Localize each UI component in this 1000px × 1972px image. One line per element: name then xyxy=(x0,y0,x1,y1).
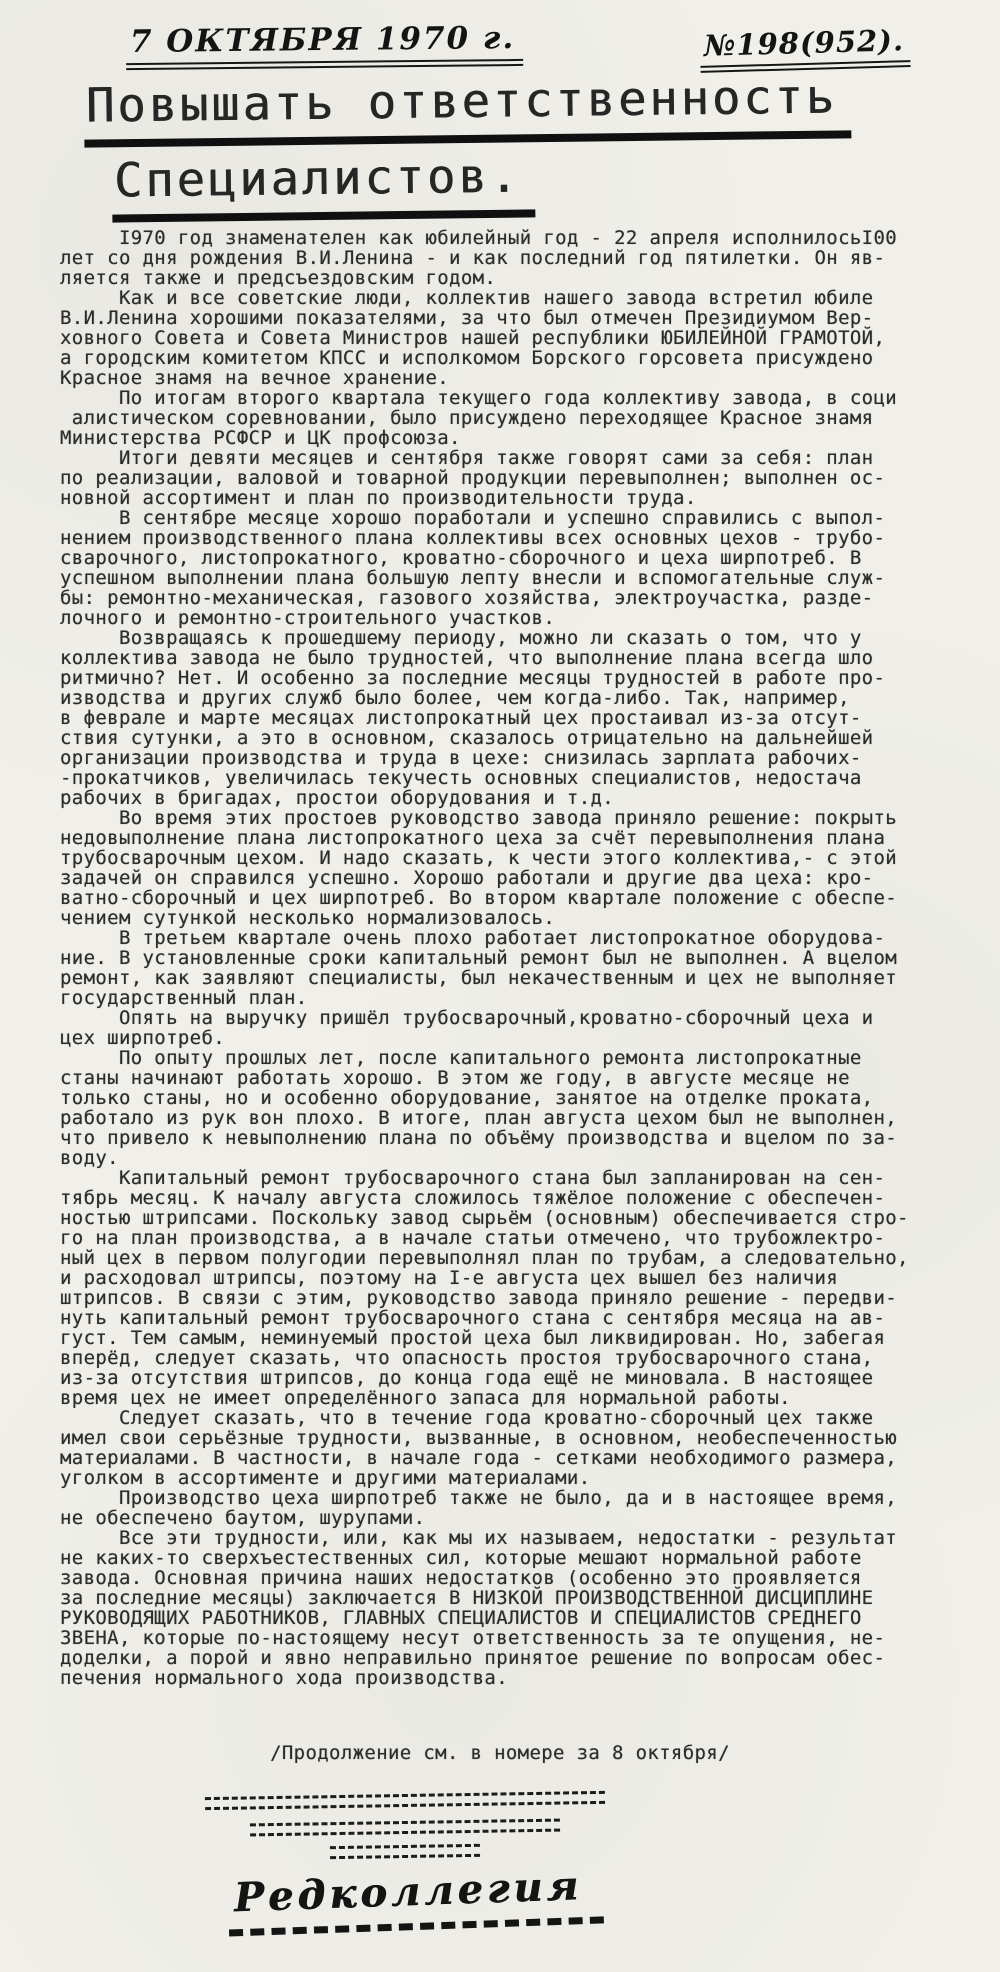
text-line: Как и все советские люди, коллектив наше… xyxy=(60,288,968,308)
text-line: -прокатчиков, увеличилась текучесть осно… xyxy=(60,768,968,788)
paragraph: Как и все советские люди, коллектив наше… xyxy=(60,288,968,388)
paragraph: Во время этих простоев руководство завод… xyxy=(60,808,968,928)
text-line: доделки, а порой и явно неправильно прин… xyxy=(60,1648,968,1668)
paragraph: По опыту прошлых лет, после капитального… xyxy=(60,1048,968,1168)
text-line: имел свои серьёзные трудности, вызванные… xyxy=(60,1428,968,1448)
text-line: станы начинают работать хорошо. В этом ж… xyxy=(60,1068,968,1088)
text-line: Красное знамя на вечное хранение. xyxy=(60,368,968,388)
text-line: густ. Тем самым, неминуемый простой цеха… xyxy=(60,1328,968,1348)
scanned-newsletter-page: 7 ОКТЯБРЯ 1970 г. №198(952). Повышать от… xyxy=(0,0,1000,1972)
text-line: из-за отсутствия штрипсов, до конца года… xyxy=(60,1368,968,1388)
text-line: а городским комитетом КПСС и исполкомом … xyxy=(60,348,968,368)
text-line: за последние месяцы) заключается В НИЗКО… xyxy=(60,1588,968,1608)
text-line: ние. В установленные сроки капитальный р… xyxy=(60,948,968,968)
paragraph: В сентябре месяце хорошо поработали и ус… xyxy=(60,508,968,628)
divider-line-1 xyxy=(205,1791,605,1810)
text-line: РУКОВОДЯЩИХ РАБОТНИКОВ, ГЛАВНЫХ СПЕЦИАЛИ… xyxy=(60,1608,968,1628)
paragraph: Итоги девяти месяцев и сентября также го… xyxy=(60,448,968,508)
text-line: По опыту прошлых лет, после капитального… xyxy=(60,1048,968,1068)
text-line: В.И.Ленина хорошими показателями, за что… xyxy=(60,308,968,328)
text-line: Все эти трудности, или, как мы их называ… xyxy=(60,1528,968,1548)
text-line: вперёд, следует сказать, что опасность п… xyxy=(60,1348,968,1368)
text-line: I970 год знаменателен как юбилейный год … xyxy=(60,228,968,248)
text-line: не каких-то сверхъестественных сил, кото… xyxy=(60,1548,968,1568)
article-title-line-1: Повышать ответственность xyxy=(84,69,852,147)
text-line: печения нормального хода производства. xyxy=(60,1668,968,1688)
text-line: ритмично? Нет. И особенно за последние м… xyxy=(60,668,968,688)
issue-date: 7 ОКТЯБРЯ 1970 г. xyxy=(126,20,524,70)
text-line: недовыполнение плана листопрокатного цех… xyxy=(60,828,968,848)
text-line: в феврале и марте месяцах листопрокатный… xyxy=(60,708,968,728)
text-line: успешном выполнении плана большую лепту … xyxy=(60,568,968,588)
text-line: по реализации, валовой и товарной продук… xyxy=(60,468,968,488)
text-line: бы: ремонтно-механическая, газового хозя… xyxy=(60,588,968,608)
text-line: ховного Совета и Совета Министров нашей … xyxy=(60,328,968,348)
divider-marks xyxy=(0,1794,810,1858)
text-line: цех ширпотреб. xyxy=(60,1028,968,1048)
text-line: только станы, но и особенно оборудование… xyxy=(60,1088,968,1108)
text-line: Опять на выручку пришёл трубосварочный,к… xyxy=(60,1008,968,1028)
text-line: лет со дня рождения В.И.Ленина - и как п… xyxy=(60,248,968,268)
continuation-note: /Продолжение см. в номере за 8 октября/ xyxy=(0,1742,1000,1764)
text-line: новной ассортимент и план по производите… xyxy=(60,488,968,508)
text-line: В сентябре месяце хорошо поработали и ус… xyxy=(60,508,968,528)
text-line: Итоги девяти месяцев и сентября также го… xyxy=(60,448,968,468)
text-line: завода. Основная причина наших недостатк… xyxy=(60,1568,968,1588)
paragraph: Производство цеха ширпотреб также не был… xyxy=(60,1488,968,1528)
text-line: Во время этих простоев руководство завод… xyxy=(60,808,968,828)
article-title: Повышать ответственность Специалистов. xyxy=(84,74,851,220)
paragraph: Все эти трудности, или, как мы их называ… xyxy=(60,1528,968,1688)
text-line: рабочих в бригадах, простои оборудования… xyxy=(60,788,968,808)
text-line: нением производственного плана коллектив… xyxy=(60,528,968,548)
text-line: что привело к невыполнению плана по объё… xyxy=(60,1128,968,1148)
text-line: работало из рук вон плохо. В итоге, план… xyxy=(60,1108,968,1128)
text-line: В третьем квартале очень плохо работает … xyxy=(60,928,968,948)
text-line: ствия сутунки, а это в основном, сказало… xyxy=(60,728,968,748)
issue-number: №198(952). xyxy=(699,23,910,73)
text-line: Министерства РСФСР и ЦК профсоюза. xyxy=(60,428,968,448)
text-line: алистическом соревновании, было присужде… xyxy=(60,408,968,428)
text-line: Возвращаясь к прошедшему периоду, можно … xyxy=(60,628,968,648)
divider-line-3 xyxy=(330,1844,480,1859)
text-line: чением сутункой несколько нормализовалос… xyxy=(60,908,968,928)
text-line: Следует сказать, что в течение года кров… xyxy=(60,1408,968,1428)
text-line: изводства и других служб было более, чем… xyxy=(60,688,968,708)
text-line: Капитальный ремонт трубосварочного стана… xyxy=(60,1168,968,1188)
paragraph: Следует сказать, что в течение года кров… xyxy=(60,1408,968,1488)
text-line: организации производства и труда в цехе:… xyxy=(60,748,968,768)
article-body: I970 год знаменателен как юбилейный год … xyxy=(60,228,968,1688)
text-line: штрипсов. В связи с этим, руководство за… xyxy=(60,1288,968,1308)
text-line: ностью штрипсами. Поскольку завод сырьём… xyxy=(60,1208,968,1228)
paragraph: Опять на выручку пришёл трубосварочный,к… xyxy=(60,1008,968,1048)
paragraph: В третьем квартале очень плохо работает … xyxy=(60,928,968,1008)
text-line: и расходовал штрипсы, поэтому на I-е авг… xyxy=(60,1268,968,1288)
text-line: Производство цеха ширпотреб также не был… xyxy=(60,1488,968,1508)
paragraph: Возвращаясь к прошедшему периоду, можно … xyxy=(60,628,968,808)
text-line: ремонт, как заявляют специалисты, был не… xyxy=(60,968,968,988)
text-line: нуть капитальный ремонт трубосварочного … xyxy=(60,1308,968,1328)
text-line: сварочного, листопрокатного, кроватно-сб… xyxy=(60,548,968,568)
text-line: трубосварочным цехом. И надо сказать, к … xyxy=(60,848,968,868)
text-line: ватно-сборочный и цех ширпотреб. Во втор… xyxy=(60,888,968,908)
paragraph: По итогам второго квартала текущего года… xyxy=(60,388,968,448)
text-line: ный цех в первом полугодии перевыполнял … xyxy=(60,1248,968,1268)
text-line: задачей он справился успешно. Хорошо раб… xyxy=(60,868,968,888)
text-line: го на план производства, а в начале стат… xyxy=(60,1228,968,1248)
article-title-line-2: Специалистов. xyxy=(112,148,536,222)
text-line: тябрь месяц. К началу августа сложилось … xyxy=(60,1188,968,1208)
text-line: коллектива завода не было трудностей, чт… xyxy=(60,648,968,668)
text-line: материалами. В частности, в начале года … xyxy=(60,1448,968,1468)
text-line: государственный план. xyxy=(60,988,968,1008)
paragraph: I970 год знаменателен как юбилейный год … xyxy=(60,228,968,288)
text-line: ляется также и предсъездовским годом. xyxy=(60,268,968,288)
text-line: время цех не имеет определённого запаса … xyxy=(60,1388,968,1408)
divider-line-2 xyxy=(250,1819,560,1837)
paragraph: Капитальный ремонт трубосварочного стана… xyxy=(60,1168,968,1408)
text-line: ЗВЕНА, которые по-настоящему несут ответ… xyxy=(60,1628,968,1648)
text-line: не обеспечено баутом, шурупами. xyxy=(60,1508,968,1528)
text-line: По итогам второго квартала текущего года… xyxy=(60,388,968,408)
text-line: лочного и ремонтно-строительного участко… xyxy=(60,608,968,628)
editorial-board-signature: Редколлегия xyxy=(227,1861,603,1936)
text-line: воду. xyxy=(60,1148,968,1168)
text-line: уголком в ассортименте и другими материа… xyxy=(60,1468,968,1488)
